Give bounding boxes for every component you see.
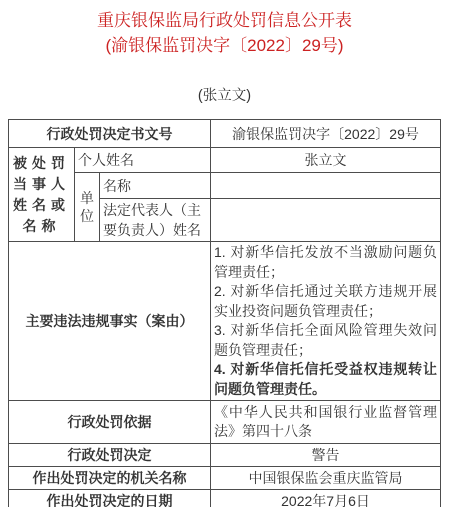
row-facts: 主要违法违规事实（案由） 1. 对新华信托发放不当激励问题负管理责任； 2. 对… — [8, 242, 440, 401]
doc-number-label: 行政处罚决定书文号 — [8, 120, 210, 148]
party-label: 被处罚当事人姓名或名称 — [8, 148, 74, 242]
facts-label: 主要违法违规事实（案由） — [8, 242, 210, 401]
penalty-table: 行政处罚决定书文号 渝银保监罚决字〔2022〕29号 被处罚当事人姓名或名称 个… — [8, 119, 441, 507]
unit-label: 单位 — [74, 173, 99, 242]
fact-item-3: 3. 对新华信托全面风险管理失效问题负管理责任； — [214, 321, 437, 360]
date-label: 作出处罚决定的日期 — [8, 490, 210, 507]
unit-name-value — [211, 173, 441, 199]
row-doc-number: 行政处罚决定书文号 渝银保监罚决字〔2022〕29号 — [8, 120, 440, 148]
personal-name-label: 个人姓名 — [74, 148, 210, 173]
row-date: 作出处罚决定的日期 2022年7月6日 — [8, 490, 440, 507]
unit-name-label: 名称 — [99, 173, 210, 199]
fact-item-1: 1. 对新华信托发放不当激励问题负管理责任； — [214, 243, 437, 282]
legal-rep-value — [211, 199, 441, 242]
row-decision: 行政处罚决定 警告 — [8, 444, 440, 467]
row-personal-name: 被处罚当事人姓名或名称 个人姓名 张立文 — [8, 148, 440, 173]
row-basis: 行政处罚依据 《中华人民共和国银行业监督管理法》第四十八条 — [8, 401, 440, 444]
basis-value: 《中华人民共和国银行业监督管理法》第四十八条 — [211, 401, 441, 444]
decision-label: 行政处罚决定 — [8, 444, 210, 467]
legal-rep-label: 法定代表人（主要负责人）姓名 — [99, 199, 210, 242]
decision-value: 警告 — [211, 444, 441, 467]
facts-value: 1. 对新华信托发放不当激励问题负管理责任； 2. 对新华信托通过关联方违规开展… — [211, 242, 441, 401]
page-title-line2: (渝银保监罚决字〔2022〕29号) — [0, 33, 449, 58]
fact-item-4: 4. 对新华信托信托受益权违规转让问题负管理责任。 — [214, 360, 437, 399]
personal-name-value: 张立文 — [211, 148, 441, 173]
subject-name: (张立文) — [0, 84, 449, 105]
row-authority: 作出处罚决定的机关名称 中国银保监会重庆监管局 — [8, 467, 440, 490]
page-title: 重庆银保监局行政处罚信息公开表 (渝银保监罚决字〔2022〕29号) — [0, 0, 449, 58]
date-value: 2022年7月6日 — [211, 490, 441, 507]
authority-value: 中国银保监会重庆监管局 — [211, 467, 441, 490]
authority-label: 作出处罚决定的机关名称 — [8, 467, 210, 490]
doc-number-value: 渝银保监罚决字〔2022〕29号 — [211, 120, 441, 148]
basis-label: 行政处罚依据 — [8, 401, 210, 444]
fact-item-2: 2. 对新华信托通过关联方违规开展实业投资问题负管理责任； — [214, 282, 437, 321]
page-title-line1: 重庆银保监局行政处罚信息公开表 — [0, 8, 449, 33]
